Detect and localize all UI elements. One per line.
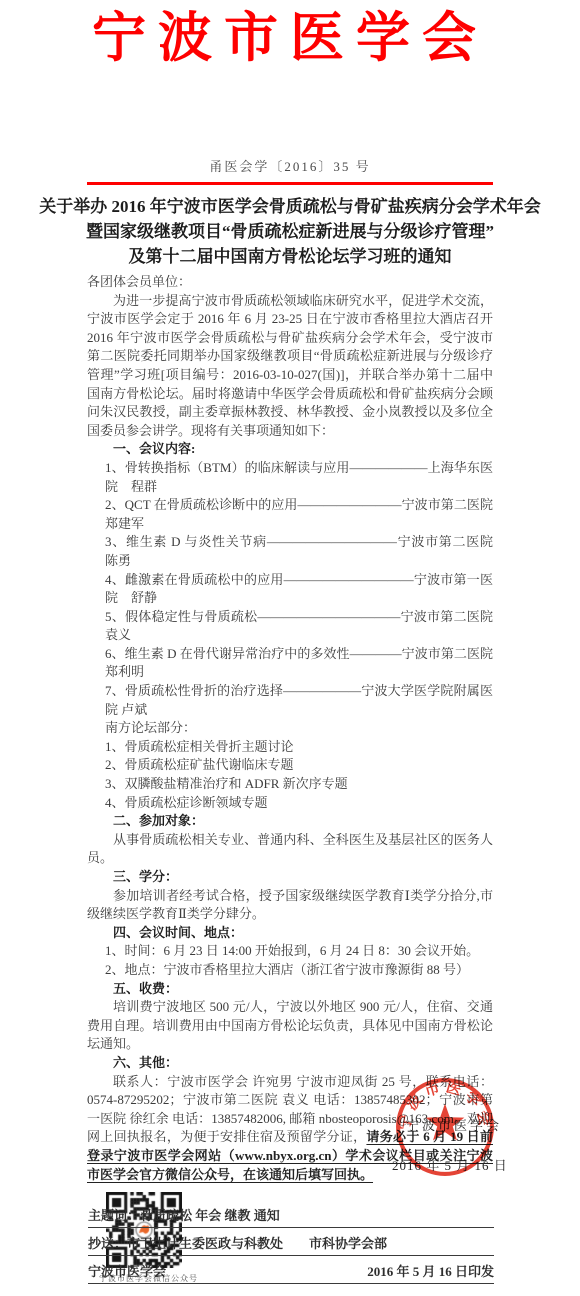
section5-heading: 五、收费： bbox=[87, 980, 493, 999]
section2-body: 从事骨质疏松相关专业、普通内科、全科医生及基层社区的医务人员。 bbox=[87, 831, 493, 868]
section1-heading: 一、会议内容: bbox=[87, 440, 493, 459]
doc-number: 甬医会学〔2016〕35 号 bbox=[0, 156, 580, 175]
lecture-list: 1、骨转换指标（BTM）的临床解读与应用——————上海华东医院 程群 2、QC… bbox=[87, 459, 493, 719]
footer-print-date: 2016 年 5 月 16 日印发 bbox=[367, 1263, 494, 1280]
org-header-title: 宁波市医学会 bbox=[0, 0, 580, 72]
notice-title: 关于举办 2016 年宁波市医学会骨质疏松与骨矿盐疾病分会学术年会 暨国家级继教… bbox=[0, 194, 580, 269]
time-item: 1、时间：6 月 23 日 14:00 开始报到，6 月 24 日 8：30 会… bbox=[105, 942, 493, 961]
subject-keywords: 骨质疏松 年会 继教 通知 bbox=[140, 1208, 280, 1223]
intro-paragraph: 为进一步提高宁波市骨质疏松领域临床研究水平，促进学术交流，宁波市医学会定于 20… bbox=[87, 292, 493, 441]
notice-title-line1: 关于举办 2016 年宁波市医学会骨质疏松与骨矿盐疾病分会学术年会 bbox=[0, 194, 580, 219]
cc-recipients: 市卫生计生委医政与科教处 市科协学会部 bbox=[127, 1236, 387, 1251]
lecture-item: 4、雌激素在骨质疏松中的应用——————————宁波市第一医院 舒静 bbox=[105, 571, 493, 608]
lecture-item: 7、骨质疏松性骨折的治疗选择——————宁波大学医学院附属医院 卢斌 bbox=[105, 682, 493, 719]
subject-label: 主题词： bbox=[88, 1208, 140, 1223]
lecture-item: 5、假体稳定性与骨质疏松———————————宁波市第二医院 袁义 bbox=[105, 608, 493, 645]
section3-heading: 三、学分： bbox=[87, 868, 493, 887]
lecture-item: 1、骨转换指标（BTM）的临床解读与应用——————上海华东医院 程群 bbox=[105, 459, 493, 496]
time-place-list: 1、时间：6 月 23 日 14:00 开始报到，6 月 24 日 8：30 会… bbox=[87, 942, 493, 979]
section5-body: 培训费宁波地区 500 元/人，宁波以外地区 900 元/人，住宿、交通费用自理… bbox=[87, 998, 493, 1054]
footer-issuer: 宁波市医学会 bbox=[88, 1263, 166, 1280]
footer: 主题词：骨质疏松 年会 继教 通知 抄送：市卫生计生委医政与科教处 市科协学会部… bbox=[88, 1207, 494, 1291]
lecture-item: 2、QCT 在骨质疏松诊断中的应用————————宁波市第二医院 郑建军 bbox=[105, 496, 493, 533]
footer-subject-row: 主题词：骨质疏松 年会 继教 通知 bbox=[88, 1207, 494, 1228]
official-red-seal: 宁波市医学会 bbox=[394, 1076, 496, 1178]
footer-cc-row: 抄送：市卫生计生委医政与科教处 市科协学会部 bbox=[88, 1235, 494, 1256]
forum-topic-item: 2、骨质疏松症矿盐代谢临床专题 bbox=[105, 756, 493, 775]
forum-topic-item: 4、骨质疏松症诊断领域专题 bbox=[105, 794, 493, 813]
section6-heading: 六、其他： bbox=[87, 1054, 493, 1073]
seal-star-icon bbox=[426, 1104, 465, 1141]
red-divider-line bbox=[87, 182, 493, 185]
section2-heading: 二、参加对象： bbox=[87, 812, 493, 831]
lecture-item: 3、维生素 D 与炎性关节病——————————宁波市第二医院 陈勇 bbox=[105, 533, 493, 570]
signature-block: 宁波市医学会 2016 年 5 月 16 日 宁波市医学会 bbox=[330, 1072, 560, 1207]
salutation: 各团体会员单位： bbox=[87, 273, 493, 292]
notice-title-line3: 及第十二届中国南方骨松论坛学习班的通知 bbox=[0, 244, 580, 269]
forum-topic-item: 1、骨质疏松症相关骨折主题讨论 bbox=[105, 738, 493, 757]
section3-body: 参加培训者经考试合格，授予国家级继续医学教育Ⅰ类学分拾分,市级继续医学教育Ⅱ类学… bbox=[87, 887, 493, 924]
footer-issuer-row: 宁波市医学会 2016 年 5 月 16 日印发 bbox=[88, 1263, 494, 1284]
place-item: 2、地点：宁波市香格里拉大酒店（浙江省宁波市豫源街 88 号） bbox=[105, 961, 493, 980]
section4-heading: 四、会议时间、地点： bbox=[87, 924, 493, 943]
lecture-item: 6、维生素 D 在骨代谢异常治疗中的多效性————宁波市第二医院 郑利明 bbox=[105, 645, 493, 682]
forum-topic-list: 1、骨质疏松症相关骨折主题讨论 2、骨质疏松症矿盐代谢临床专题 3、双膦酸盐精准… bbox=[87, 738, 493, 812]
cc-label: 抄送： bbox=[88, 1236, 127, 1251]
document-page: 宁波市医学会 甬医会学〔2016〕35 号 关于举办 2016 年宁波市医学会骨… bbox=[0, 0, 580, 1296]
forum-subheading: 南方论坛部分： bbox=[87, 719, 493, 738]
notice-title-line2: 暨国家级继教项目“骨质疏松症新进展与分级诊疗管理” bbox=[0, 219, 580, 244]
forum-topic-item: 3、双膦酸盐精准治疗和 ADFR 新次序专题 bbox=[105, 775, 493, 794]
